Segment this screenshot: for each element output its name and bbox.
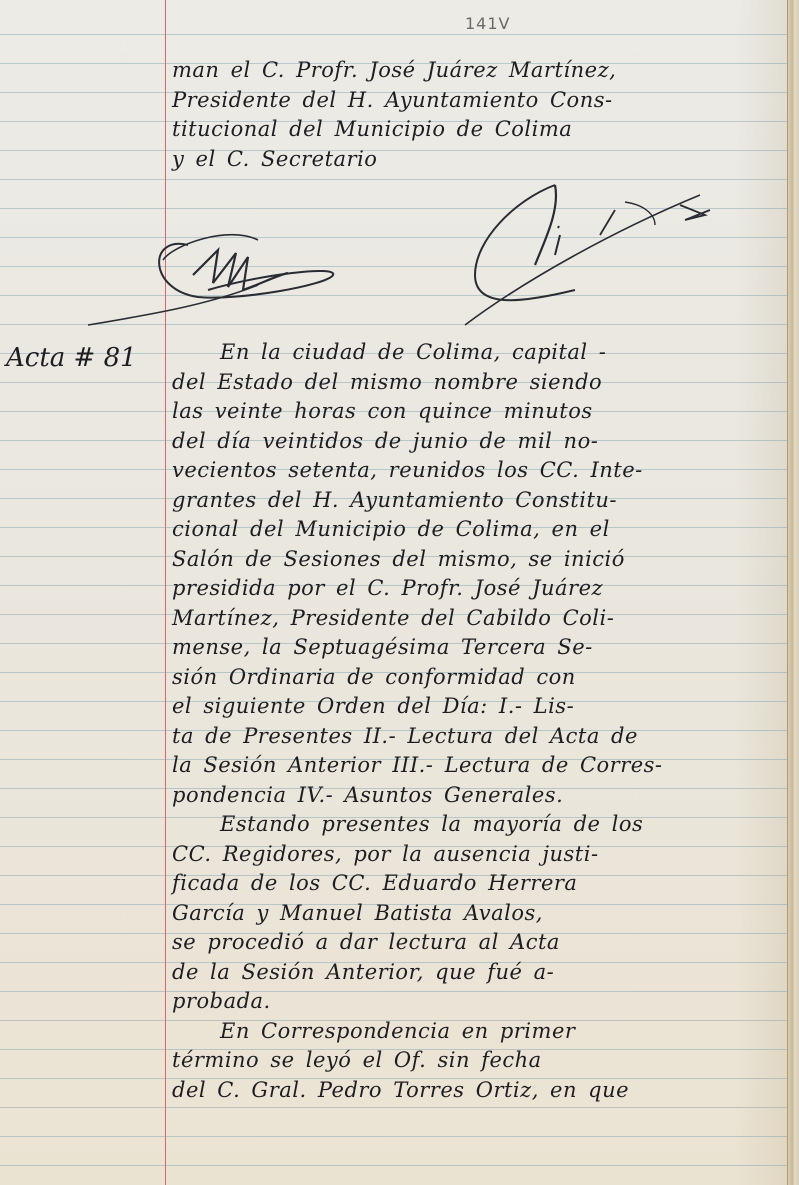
text-line: término se leyó el Of. sin fecha	[172, 1046, 792, 1076]
text-line: Salón de Sesiones del mismo, se inició	[172, 545, 792, 575]
signature-left	[88, 205, 368, 330]
text-line: pondencia IV.- Asuntos Generales.	[172, 781, 792, 811]
text-line: ficada de los CC. Eduardo Herrera	[172, 869, 792, 899]
text-line: del Estado del mismo nombre siendo	[172, 368, 792, 398]
margin-note-acta-number: Acta # 81	[6, 343, 137, 373]
text-line: probada.	[172, 987, 792, 1017]
folio-number: 141V	[465, 14, 510, 33]
text-line: titucional del Municipio de Colima	[172, 115, 792, 145]
text-line: man el C. Profr. José Juárez Martínez,	[172, 56, 792, 86]
text-line: sión Ordinaria de conformidad con	[172, 663, 792, 693]
text-line: En la ciudad de Colima, capital -	[172, 338, 792, 368]
document-page: 141V man el C. Profr. José Juárez Martín…	[0, 0, 799, 1185]
text-line: vecientos setenta, reunidos los CC. Inte…	[172, 456, 792, 486]
text-line: del día veintidos de junio de mil no-	[172, 427, 792, 457]
closing-paragraph: man el C. Profr. José Juárez Martínez, P…	[172, 56, 792, 174]
text-line: cional del Municipio de Colima, en el	[172, 515, 792, 545]
text-line: mense, la Septuagésima Tercera Se-	[172, 633, 792, 663]
text-line: y el C. Secretario	[172, 145, 792, 175]
text-line: grantes del H. Ayuntamiento Constitu-	[172, 486, 792, 516]
text-line: CC. Regidores, por la ausencia justi-	[172, 840, 792, 870]
text-line: se procedió a dar lectura al Acta	[172, 928, 792, 958]
text-line: la Sesión Anterior III.- Lectura de Corr…	[172, 751, 792, 781]
margin-line	[165, 0, 166, 1185]
text-line: las veinte horas con quince minutos	[172, 397, 792, 427]
text-line: Estando presentes la mayoría de los	[172, 810, 792, 840]
text-line: Presidente del H. Ayuntamiento Cons-	[172, 86, 792, 116]
signature-right	[455, 180, 725, 330]
text-line: Martínez, Presidente del Cabildo Coli-	[172, 604, 792, 634]
text-line: En Correspondencia en primer	[172, 1017, 792, 1047]
text-line: presidida por el C. Profr. José Juárez	[172, 574, 792, 604]
text-line: ta de Presentes II.- Lectura del Acta de	[172, 722, 792, 752]
text-line: García y Manuel Batista Avalos,	[172, 899, 792, 929]
text-line: del C. Gral. Pedro Torres Ortiz, en que	[172, 1076, 792, 1106]
text-line: el siguiente Orden del Día: I.- Lis-	[172, 692, 792, 722]
text-line: de la Sesión Anterior, que fué a-	[172, 958, 792, 988]
minutes-body: En la ciudad de Colima, capital - del Es…	[172, 338, 792, 1105]
